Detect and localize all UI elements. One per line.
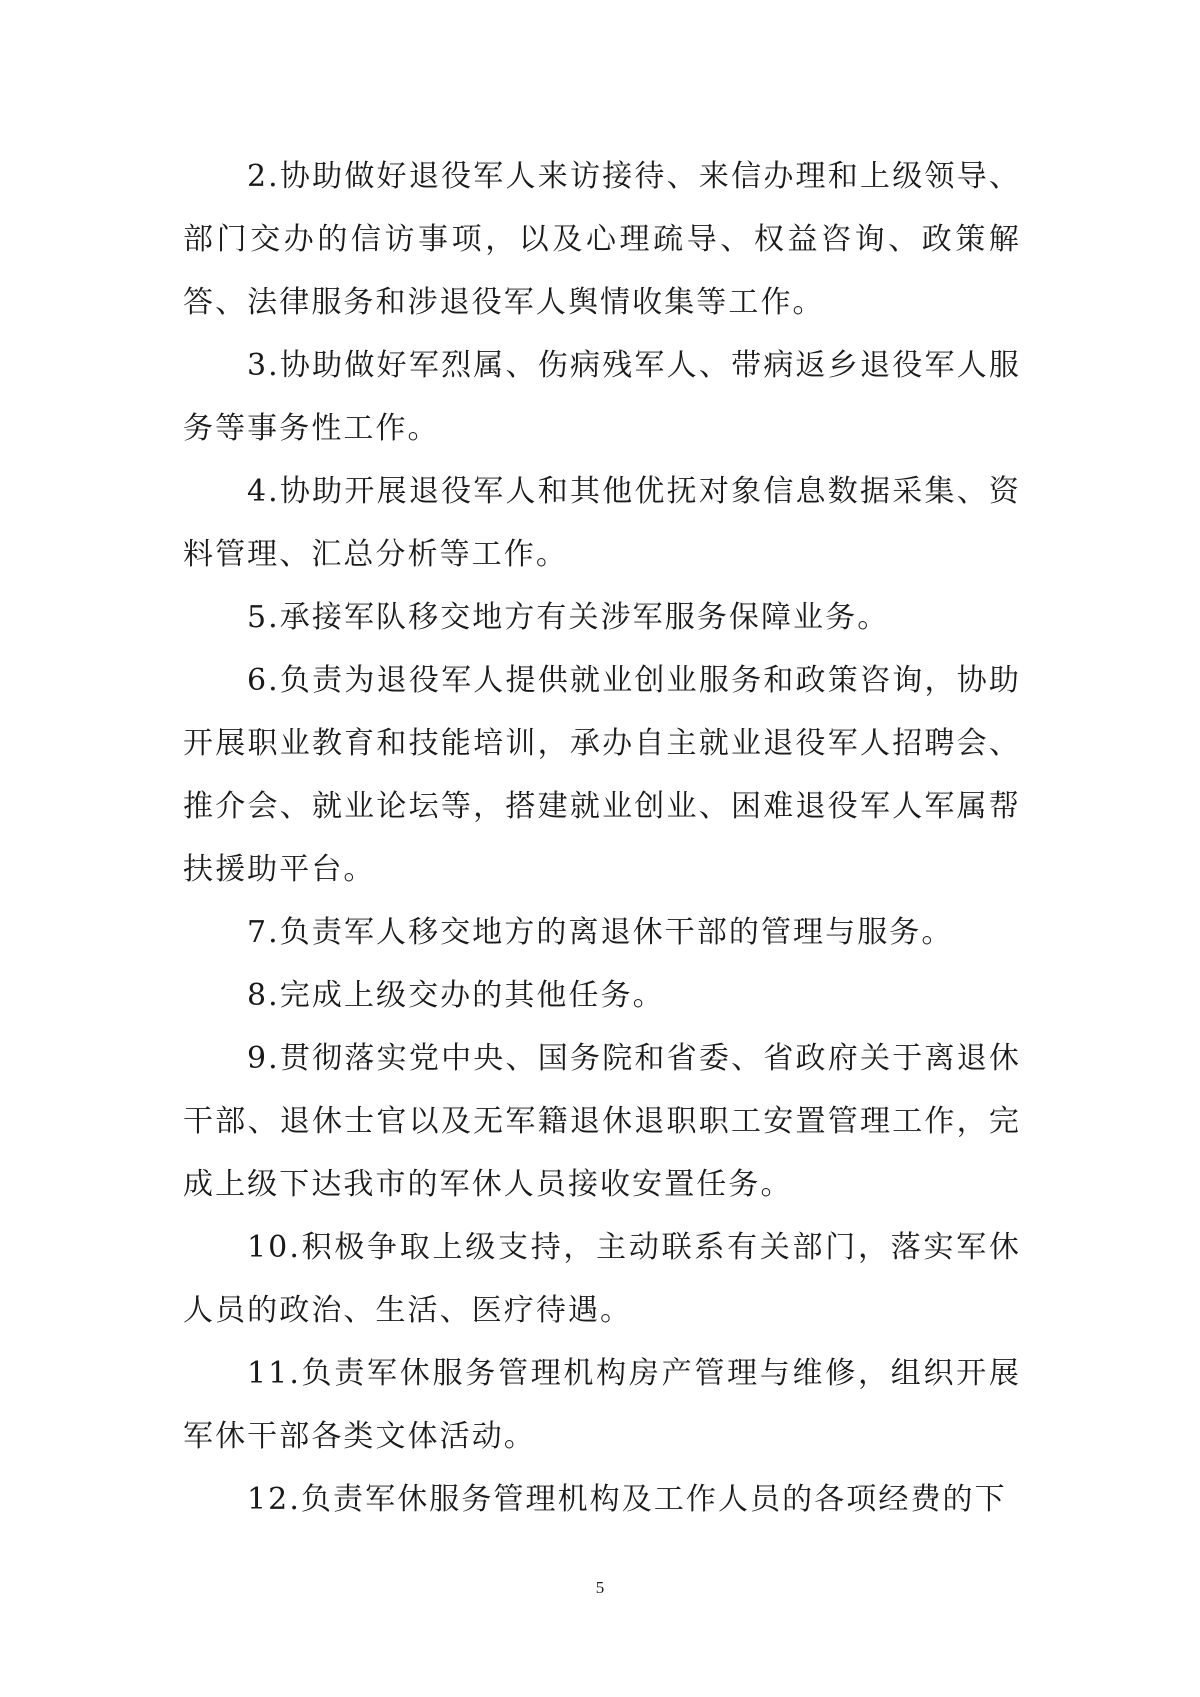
paragraph-item-8: 8.完成上级交办的其他任务。 [183, 964, 1021, 1027]
paragraph-item-7: 7.负责军人移交地方的离退休干部的管理与服务。 [183, 901, 1021, 964]
paragraph-item-10: 10.积极争取上级支持，主动联系有关部门，落实军休人员的政治、生活、医疗待遇。 [183, 1216, 1021, 1342]
document-page: 2.协助做好退役军人来访接待、来信办理和上级领导、部门交办的信访事项，以及心理疏… [0, 0, 1200, 1697]
paragraph-item-11: 11.负责军休服务管理机构房产管理与维修，组织开展军休干部各类文体活动。 [183, 1342, 1021, 1468]
page-number: 5 [0, 1578, 1200, 1598]
paragraph-item-9: 9.贯彻落实党中央、国务院和省委、省政府关于离退休干部、退休士官以及无军籍退休退… [183, 1027, 1021, 1216]
paragraph-item-3: 3.协助做好军烈属、伤病残军人、带病返乡退役军人服务等事务性工作。 [183, 334, 1021, 460]
paragraph-item-4: 4.协助开展退役军人和其他优抚对象信息数据采集、资料管理、汇总分析等工作。 [183, 460, 1021, 586]
document-body: 2.协助做好退役军人来访接待、来信办理和上级领导、部门交办的信访事项，以及心理疏… [183, 145, 1021, 1531]
paragraph-item-5: 5.承接军队移交地方有关涉军服务保障业务。 [183, 586, 1021, 649]
paragraph-item-6: 6.负责为退役军人提供就业创业服务和政策咨询，协助开展职业教育和技能培训，承办自… [183, 649, 1021, 901]
paragraph-item-12: 12.负责军休服务管理机构及工作人员的各项经费的下 [183, 1468, 1021, 1531]
paragraph-item-2: 2.协助做好退役军人来访接待、来信办理和上级领导、部门交办的信访事项，以及心理疏… [183, 145, 1021, 334]
